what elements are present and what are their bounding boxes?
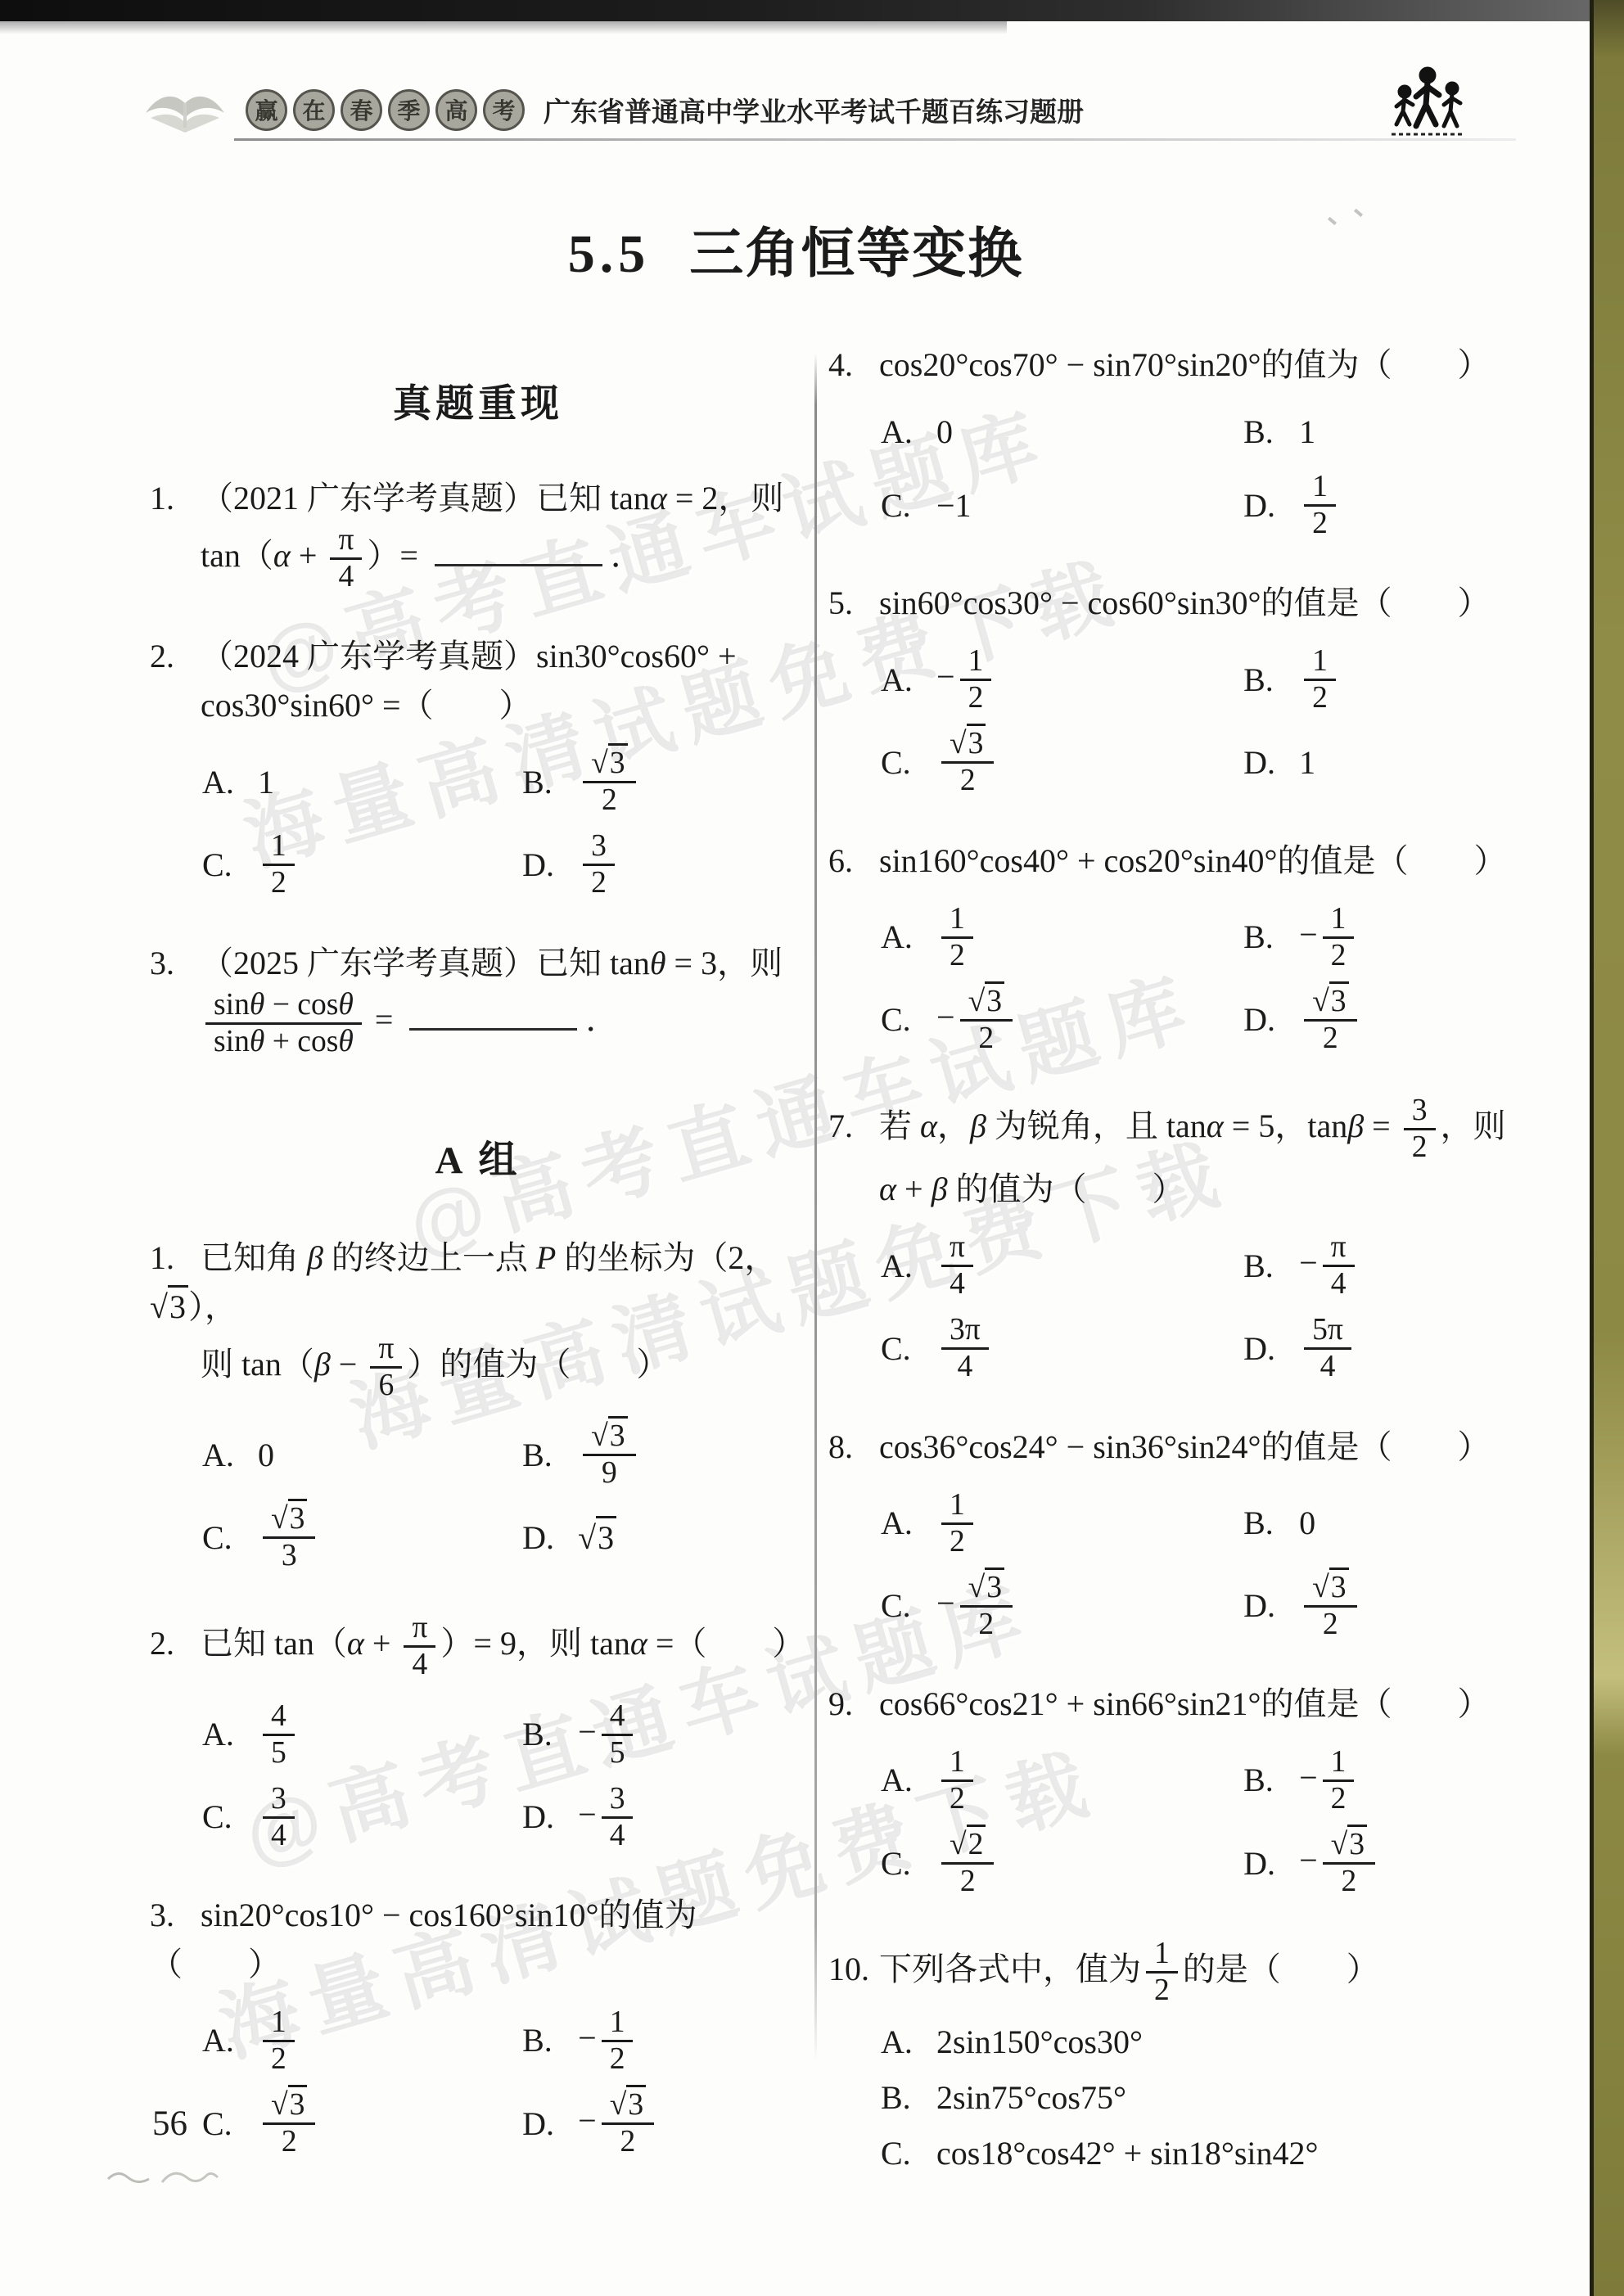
option: B.12 [1243, 644, 1565, 715]
options: A.45B.−45C.34D.−34 [150, 1699, 806, 1853]
options: A.12B.−12C.√32D.−√32 [150, 2005, 806, 2159]
question-stem-line: 7.若 α，β 为锐角，且 tanα = 5，tanβ = 32，则 [828, 1094, 1565, 1165]
option: A.−12 [881, 644, 1243, 715]
option-label: A. [881, 413, 922, 452]
question-number: 3. [150, 939, 201, 988]
fraction: π4 [330, 523, 362, 594]
brand-badge: 赢 [246, 89, 287, 131]
question: 5.sin60°cos30° − cos60°sin30°的值是（ ）A.−12… [828, 579, 1565, 798]
pencil-scribble [105, 2161, 236, 2195]
brand-badges: 赢在春季高考 [246, 89, 530, 131]
fraction: 12 [263, 829, 295, 900]
option-label: B. [1243, 1504, 1284, 1543]
option-value: √39 [578, 1419, 640, 1491]
option: B.−12 [1243, 1745, 1565, 1816]
option-label: A. [881, 1247, 922, 1286]
left-column: 真题重现 1.（2021 广东学考真题）已知 tanα = 2，则tan（α +… [150, 370, 806, 2197]
option: C.√33 [202, 1502, 522, 1573]
sqrt-radical: √3 [610, 2085, 646, 2122]
option-value: −45 [578, 1699, 638, 1770]
option-value: √32 [936, 727, 999, 798]
option: A.45 [202, 1699, 522, 1770]
question-stem-line: 3.sin20°cos10° − cos160°sin10°的值为（ ） [150, 1891, 806, 1989]
group-a-question-list-right: 4.cos20°cos70° − sin70°sin20°的值为（ ）A.0B.… [828, 341, 1565, 2175]
option-value: 12 [936, 1488, 978, 1559]
question-stem-text: 若 α，β 为锐角，且 tanα = 5，tanβ = 32，则 [879, 1107, 1506, 1144]
option-label: D. [1243, 1000, 1284, 1040]
right-column: 4.cos20°cos70° − sin70°sin20°的值为（ ）A.0B.… [828, 341, 1565, 2213]
question: 9.cos66°cos21° + sin66°sin21°的值是（ ）A.12B… [828, 1680, 1565, 1899]
question-stem-text: 已知角 β 的终边上一点 P 的坐标为（2，√3）， [150, 1239, 777, 1325]
option: B.0 [1243, 1488, 1565, 1559]
option-label: A. [202, 2021, 243, 2060]
section-heading-group-a: A 组 [150, 1130, 806, 1184]
question-stem-text: α + β 的值为（ ） [879, 1171, 1184, 1207]
question-number: 8. [828, 1423, 879, 1472]
option-label: B. [522, 763, 563, 802]
brand-badge: 高 [435, 89, 477, 131]
options: A.−12B.12C.√32D.1 [828, 644, 1565, 798]
option-label: C. [881, 1329, 922, 1369]
option-value: √32 [1299, 985, 1361, 1056]
fraction: 32 [583, 829, 615, 900]
option-value: −√32 [936, 1571, 1017, 1642]
option-label: C. [881, 486, 922, 526]
page-title: 5.5三角恒等变换 [0, 210, 1591, 287]
option-value: 12 [258, 829, 300, 900]
option-value: −12 [578, 2005, 638, 2077]
open-book-logo-icon [139, 80, 234, 139]
options: A.12B.−12C.−√32D.√32 [828, 902, 1565, 1056]
option: A.12 [881, 1745, 1243, 1816]
option-label: D. [522, 1798, 563, 1837]
fraction: √33 [263, 1502, 315, 1573]
option-label: B. [522, 1715, 563, 1754]
fraction: 34 [263, 1782, 295, 1853]
option-value: −12 [1299, 1745, 1359, 1816]
option: C.√32 [881, 727, 1243, 798]
answer-blank [435, 533, 602, 566]
question: 1.已知角 β 的终边上一点 P 的坐标为（2，√3），则 tan（β − π6… [150, 1234, 806, 1574]
option-value: √32 [1299, 1571, 1361, 1642]
question-stem-text: sin160°cos40° + cos20°sin40°的值是（ ） [879, 842, 1507, 879]
sqrt-radical: √3 [271, 2085, 307, 2122]
fraction: 12 [960, 644, 992, 715]
question-number: 3. [150, 1891, 201, 1940]
question-stem-line: 则 tan（β − π6）的值为（ ） [150, 1332, 806, 1403]
brand-badge: 在 [293, 89, 335, 131]
sqrt-radical: √3 [1312, 1568, 1348, 1604]
column-divider [814, 354, 817, 2061]
option-value: 34 [258, 1782, 300, 1853]
fraction: 12 [1323, 1745, 1355, 1816]
option-value: 0 [258, 1436, 274, 1475]
option-label: A. [881, 661, 922, 700]
option-value: 12 [936, 902, 978, 973]
option-value: √33 [258, 1502, 320, 1573]
fraction: π4 [404, 1611, 435, 1682]
sqrt-radical: √3 [591, 1416, 627, 1453]
option: C.√22 [881, 1828, 1243, 1899]
question-stem-line: 8.cos36°cos24° − sin36°sin24°的值是（ ） [828, 1423, 1565, 1472]
option-value: 0 [936, 413, 953, 452]
header-divider-line [234, 138, 1516, 141]
question-stem-text: sin20°cos10° − cos160°sin10°的值为（ ） [150, 1897, 697, 1982]
option: C.34 [202, 1782, 522, 1853]
option-value: −√32 [578, 2088, 659, 2159]
option: B.−12 [522, 2005, 806, 2077]
option-label: B. [1243, 413, 1284, 452]
option: A.12 [202, 2005, 522, 2077]
option: B.−45 [522, 1699, 806, 1770]
fraction: 12 [941, 1488, 973, 1559]
question-stem-line: sinθ − cosθsinθ + cosθ = ． [150, 988, 806, 1059]
option: D.32 [522, 829, 806, 900]
fraction: 32 [1404, 1094, 1436, 1165]
question-stem-line: cos30°sin60° =（ ） [150, 681, 806, 730]
option-value: 2sin150°cos30° [936, 2023, 1143, 2062]
option-value: 3π4 [936, 1313, 994, 1384]
option-value: 45 [258, 1699, 300, 1770]
option-label: C. [881, 1000, 922, 1040]
fraction: 34 [602, 1782, 634, 1853]
option-value: −√32 [936, 985, 1017, 1056]
option-label: A. [202, 1715, 243, 1754]
option-label: B. [522, 1436, 563, 1475]
fraction: π4 [1323, 1230, 1355, 1301]
option-label: D. [522, 1518, 563, 1558]
fraction: π4 [941, 1230, 973, 1301]
option-label: C. [881, 2134, 922, 2173]
option-label: D. [522, 2104, 563, 2144]
question-number: 2. [150, 1619, 201, 1668]
question: 4.cos20°cos70° − sin70°sin20°的值为（ ）A.0B.… [828, 341, 1565, 541]
fraction: 12 [941, 902, 973, 973]
running-people-icon [1390, 64, 1465, 139]
question: 2.已知 tan（α + π4）= 9，则 tanα =（ ）A.45B.−45… [150, 1611, 806, 1853]
question-stem-line: 10.下列各式中，值为12的是（ ） [828, 1937, 1565, 2008]
fraction: √32 [941, 727, 994, 798]
brand-badge: 春 [341, 89, 382, 131]
option-label: B. [881, 2078, 922, 2118]
option-value: √3 [578, 1518, 616, 1558]
question-number: 10. [828, 1945, 879, 1994]
option: C.cos18°cos42° + sin18°sin42° [881, 2132, 1565, 2175]
fraction: √32 [1323, 1828, 1375, 1899]
fraction: √32 [960, 1571, 1013, 1642]
sqrt-radical: √3 [1312, 981, 1348, 1018]
option-value: −34 [578, 1782, 638, 1853]
option-label: A. [881, 1504, 922, 1543]
option-label: D. [522, 846, 563, 885]
option-value: 1 [1299, 413, 1315, 452]
option: D.−34 [522, 1782, 806, 1853]
option-label: C. [202, 1798, 243, 1837]
option-value: −π4 [1299, 1230, 1360, 1301]
fraction: 12 [1323, 902, 1355, 973]
question-stem-line: 1.已知角 β 的终边上一点 P 的坐标为（2，√3）， [150, 1234, 806, 1332]
section-heading-zhenti: 真题重现 [150, 373, 806, 428]
fraction: sinθ − cosθsinθ + cosθ [205, 988, 362, 1059]
sqrt-radical: √3 [968, 981, 1004, 1018]
question-stem-text: tan（α + π4）= ． [201, 537, 643, 574]
option: D.−√32 [522, 2088, 806, 2159]
option: C.12 [202, 829, 522, 900]
question-stem-line: 2.已知 tan（α + π4）= 9，则 tanα =（ ） [150, 1611, 806, 1682]
question-stem-line: 2.（2024 广东学考真题）sin30°cos60° + [150, 632, 806, 681]
fraction: 12 [941, 1745, 973, 1816]
brand-badge: 季 [388, 89, 430, 131]
option: C.−√32 [881, 985, 1243, 1056]
option: A.2sin150°cos30° [881, 2021, 1565, 2064]
question-stem-text: 下列各式中，值为12的是（ ） [879, 1951, 1379, 1987]
question: 7.若 α，β 为锐角，且 tanα = 5，tanβ = 32，则α + β … [828, 1094, 1565, 1385]
fraction: √32 [1304, 1571, 1356, 1642]
option-label: A. [881, 2023, 922, 2062]
option-label: B. [1243, 1761, 1284, 1800]
page-number: 56 [152, 2104, 187, 2144]
question-stem-text: cos30°sin60° =（ ） [201, 687, 532, 724]
option-label: A. [881, 918, 922, 957]
fraction: 45 [263, 1699, 295, 1770]
options: A.π4B.−π4C.3π4D.5π4 [828, 1230, 1565, 1384]
fraction: 12 [1146, 1937, 1178, 2008]
sqrt-radical: √3 [1331, 1825, 1367, 1861]
question: 1.（2021 广东学考真题）已知 tanα = 2，则tan（α + π4）=… [150, 474, 806, 594]
brand-badge: 考 [483, 89, 525, 131]
option-value: 12 [1299, 644, 1341, 715]
option-label: C. [881, 1844, 922, 1883]
option-label: B. [1243, 918, 1284, 957]
option: C.−1 [881, 470, 1243, 541]
section-number: 5.5 [568, 224, 651, 284]
option-label: B. [1243, 1247, 1284, 1286]
fraction: √22 [941, 1828, 994, 1899]
question: 8.cos36°cos24° − sin36°sin24°的值是（ ）A.12B… [828, 1423, 1565, 1642]
sqrt-radical: √3 [591, 743, 627, 780]
question: 10.下列各式中，值为12的是（ ）A.2sin150°cos30°B.2sin… [828, 1937, 1565, 2175]
options: A.2sin150°cos30°B.2sin75°cos75°C.cos18°c… [828, 2021, 1565, 2175]
option: C.√32 [202, 2088, 522, 2159]
sqrt-radical: √2 [950, 1825, 986, 1861]
question-stem-line: tan（α + π4）= ． [150, 523, 806, 594]
option: A.0 [881, 406, 1243, 458]
scanned-workbook-page: 赢在春季高考 广东省普通高中学业水平考试千题百练习题册 5.5三角恒等变换 @高… [0, 0, 1624, 2296]
question-stem-text: cos66°cos21° + sin66°sin21°的值是（ ） [879, 1685, 1491, 1722]
option: B.2sin75°cos75° [881, 2077, 1565, 2119]
fraction: 12 [263, 2005, 295, 2077]
question-number: 6. [828, 837, 879, 886]
option: D.√3 [522, 1502, 806, 1573]
option: C.3π4 [881, 1313, 1243, 1384]
fraction: √39 [583, 1419, 635, 1491]
question-stem-line: 5.sin60°cos30° − cos60°sin30°的值是（ ） [828, 579, 1565, 628]
question-number: 1. [150, 1234, 201, 1283]
option: A.π4 [881, 1230, 1243, 1301]
question: 6.sin160°cos40° + cos20°sin40°的值是（ ）A.12… [828, 837, 1565, 1056]
question-number: 5. [828, 579, 879, 628]
option-value: −√32 [1299, 1828, 1380, 1899]
option-value: −12 [1299, 902, 1359, 973]
question-number: 4. [828, 341, 879, 390]
zhenti-question-list: 1.（2021 广东学考真题）已知 tanα = 2，则tan（α + π4）=… [150, 474, 806, 1059]
option-value: √32 [578, 747, 640, 818]
option-value: 5π4 [1299, 1313, 1356, 1384]
option-label: C. [202, 2104, 243, 2144]
group-a-question-list-left: 1.已知角 β 的终边上一点 P 的坐标为（2，√3），则 tan（β − π6… [150, 1234, 806, 2160]
option-value: −12 [936, 644, 996, 715]
option: D.12 [1243, 470, 1565, 541]
options: A.12B.0C.−√32D.√32 [828, 1488, 1565, 1642]
option-label: C. [202, 1518, 243, 1558]
option: B.−π4 [1243, 1230, 1565, 1301]
option-value: √22 [936, 1828, 999, 1899]
scan-top-band [0, 0, 1624, 21]
sqrt-radical: √3 [578, 1516, 616, 1556]
option: D.√32 [1243, 1571, 1565, 1642]
option-label: D. [1243, 486, 1284, 526]
option-label: D. [1243, 1329, 1284, 1369]
option-value: cos18°cos42° + sin18°sin42° [936, 2134, 1319, 2173]
fraction: 12 [602, 2005, 634, 2077]
scan-top-band-shadow [0, 21, 1007, 34]
question-stem-text: （2021 广东学考真题）已知 tanα = 2，则 [201, 480, 783, 516]
question-stem-text: sinθ − cosθsinθ + cosθ = ． [201, 1001, 618, 1038]
option-label: D. [1243, 1586, 1284, 1626]
option-value: 1 [1299, 743, 1315, 783]
option: B.√39 [522, 1419, 806, 1491]
option-label: D. [1243, 1844, 1284, 1883]
question: 2.（2024 广东学考真题）sin30°cos60° +cos30°sin60… [150, 632, 806, 900]
option-value: −1 [936, 486, 972, 526]
booklet-title: 广东省普通高中学业水平考试千题百练习题册 [544, 91, 1084, 129]
question-stem-text: cos20°cos70° − sin70°sin20°的值为（ ） [879, 346, 1491, 383]
question-stem-line: 9.cos66°cos21° + sin66°sin21°的值是（ ） [828, 1680, 1565, 1729]
fraction: √32 [960, 985, 1013, 1056]
option-label: A. [881, 1761, 922, 1800]
option-label: A. [202, 1436, 243, 1475]
option-value: 12 [258, 2005, 300, 2077]
option: A.12 [881, 1488, 1243, 1559]
option: D.5π4 [1243, 1313, 1565, 1384]
question-stem-text: sin60°cos30° − cos60°sin30°的值是（ ） [879, 584, 1491, 621]
book-spine-edge [1590, 0, 1624, 2296]
sqrt-radical: √3 [950, 724, 986, 760]
fraction: 3π4 [941, 1313, 989, 1384]
option-value: 1 [258, 763, 274, 802]
options: A.0B.√39C.√33D.√3 [150, 1419, 806, 1573]
question-number: 2. [150, 632, 201, 681]
option: B.−12 [1243, 902, 1565, 973]
question-stem-line: 3.（2025 广东学考真题）已知 tanθ = 3，则 [150, 939, 806, 988]
fraction: 5π4 [1304, 1313, 1351, 1384]
option: D.√32 [1243, 985, 1565, 1056]
option: B.1 [1243, 406, 1565, 458]
option: A.1 [202, 747, 522, 818]
fraction: √32 [583, 747, 635, 818]
question-stem-line: α + β 的值为（ ） [828, 1165, 1565, 1214]
fraction: √32 [263, 2088, 315, 2159]
options: A.0B.1C.−1D.12 [828, 406, 1565, 541]
option-label: A. [202, 763, 243, 802]
options: A.1B.√32C.12D.32 [150, 747, 806, 900]
question-stem-text: （2024 广东学考真题）sin30°cos60° + [201, 638, 737, 674]
option-value: √32 [258, 2088, 320, 2159]
sqrt-radical: √3 [150, 1285, 188, 1325]
option-value: 32 [578, 829, 620, 900]
fraction: √32 [1304, 985, 1356, 1056]
fraction: √32 [602, 2088, 654, 2159]
question-stem-text: 已知 tan（α + π4）= 9，则 tanα =（ ） [201, 1625, 805, 1662]
section-title-text: 三角恒等变换 [689, 224, 1023, 284]
question: 3.（2025 广东学考真题）已知 tanθ = 3，则sinθ − cosθs… [150, 939, 806, 1059]
option: C.−√32 [881, 1571, 1243, 1642]
question-stem-line: 4.cos20°cos70° − sin70°sin20°的值为（ ） [828, 341, 1565, 390]
option: A.12 [881, 902, 1243, 973]
options: A.12B.−12C.√22D.−√32 [828, 1745, 1565, 1899]
option: B.√32 [522, 747, 806, 818]
sqrt-radical: √3 [271, 1499, 307, 1536]
option-label: C. [881, 743, 922, 783]
question-stem-text: cos36°cos24° − sin36°sin24°的值是（ ） [879, 1428, 1491, 1465]
option-label: B. [1243, 661, 1284, 700]
option-value: 12 [1299, 470, 1341, 541]
option: A.0 [202, 1419, 522, 1491]
option-value: 12 [936, 1745, 978, 1816]
question-number: 7. [828, 1102, 879, 1151]
option-label: D. [1243, 743, 1284, 783]
option-label: C. [881, 1586, 922, 1626]
question-stem-text: 则 tan（β − π6）的值为（ ） [201, 1346, 669, 1383]
option-value: π4 [936, 1230, 978, 1301]
question-stem-line: 6.sin160°cos40° + cos20°sin40°的值是（ ） [828, 837, 1565, 886]
sqrt-radical: √3 [968, 1568, 1004, 1604]
fraction: 45 [602, 1699, 634, 1770]
page-header: 赢在春季高考 广东省普通高中学业水平考试千题百练习题册 [139, 74, 1084, 146]
question-number: 9. [828, 1680, 879, 1729]
option-value: 2sin75°cos75° [936, 2078, 1126, 2118]
option: D.−√32 [1243, 1828, 1565, 1899]
fraction: π6 [370, 1332, 402, 1403]
answer-blank [409, 997, 577, 1031]
option: D.1 [1243, 727, 1565, 798]
question: 3.sin20°cos10° − cos160°sin10°的值为（ ）A.12… [150, 1891, 806, 2159]
question-stem-line: 1.（2021 广东学考真题）已知 tanα = 2，则 [150, 474, 806, 523]
option-value: 0 [1299, 1504, 1315, 1543]
question-number: 1. [150, 474, 201, 523]
option-label: C. [202, 846, 243, 885]
question-stem-text: （2025 广东学考真题）已知 tanθ = 3，则 [201, 945, 783, 981]
fraction: 12 [1304, 644, 1336, 715]
option-label: B. [522, 2021, 563, 2060]
fraction: 12 [1304, 470, 1336, 541]
